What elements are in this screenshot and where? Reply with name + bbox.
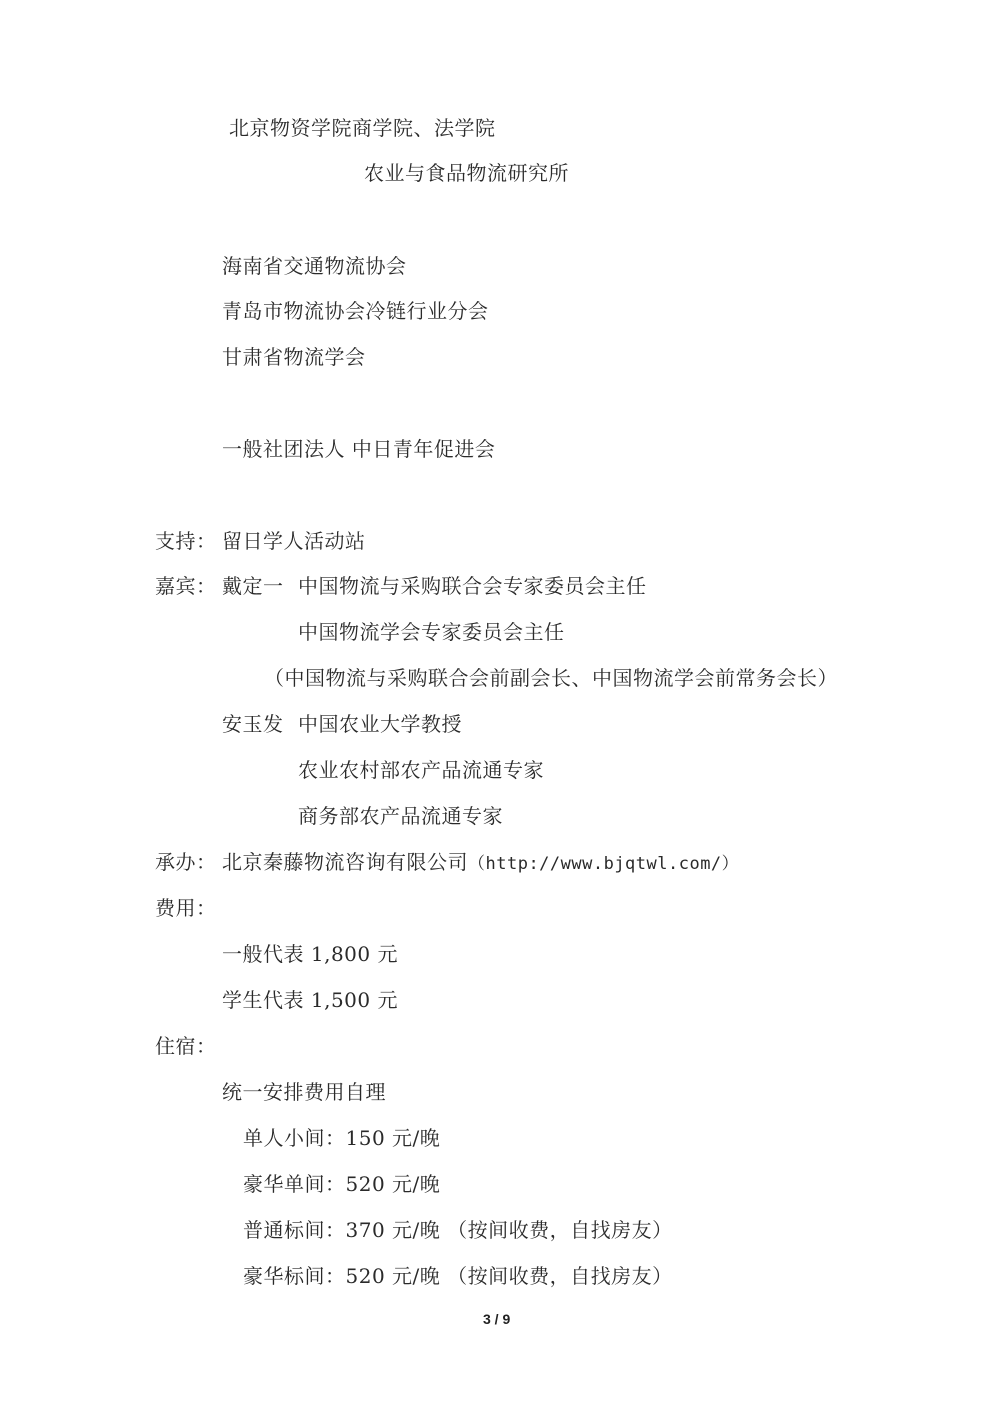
organizer-item: 一般社团法人 中日青年促进会 [222,437,495,461]
page-number: 3 / 9 [483,1311,510,1327]
organizer-line-1: 北京物资学院商学院、法学院 [229,116,496,140]
room-item: 单人小间：150 元/晚 [243,1126,440,1150]
lodging-label: 住宿： [155,1034,217,1058]
organizer-item: 青岛市物流协会冷链行业分会 [222,299,489,323]
room-item: 豪华标间：520 元/晚 （按间收费，自找房友） [243,1264,673,1288]
guest-title: 中国农业大学教授 [298,712,462,736]
guest-title: 农业农村部农产品流通专家 [298,758,544,782]
host-label: 承办： [155,850,217,874]
lodging-intro: 统一安排费用自理 [222,1080,386,1104]
organizer-line-2: 农业与食品物流研究所 [364,161,569,185]
support-value: 留日学人活动站 [222,529,366,553]
host-value: 北京秦藤物流咨询有限公司（http://www.bjqtwl.com/） [222,850,739,876]
organizer-item: 甘肃省物流学会 [222,345,366,369]
support-label: 支持： [155,529,217,553]
fee-item: 一般代表 1,800 元 [222,942,398,966]
room-item: 普通标间：370 元/晚 （按间收费，自找房友） [243,1218,673,1242]
guests-label: 嘉宾： [155,574,217,598]
organizer-item: 海南省交通物流协会 [222,254,407,278]
host-name: 北京秦藤物流咨询有限公司 [222,850,468,874]
guest-title: 中国物流与采购联合会专家委员会主任 [298,574,647,598]
guest-name: 安玉发 [222,712,284,736]
guest-name: 戴定一 [222,574,284,598]
host-url: （http://www.bjqtwl.com/） [468,854,739,874]
guest-title: 中国物流学会专家委员会主任 [298,620,565,644]
fee-item: 学生代表 1,500 元 [222,988,398,1012]
guest-title: 商务部农产品流通专家 [298,804,503,828]
guest-note: （中国物流与采购联合会前副会长、中国物流学会前常务会长） [264,666,838,690]
fees-label: 费用： [155,896,217,920]
room-item: 豪华单间：520 元/晚 [243,1172,440,1196]
